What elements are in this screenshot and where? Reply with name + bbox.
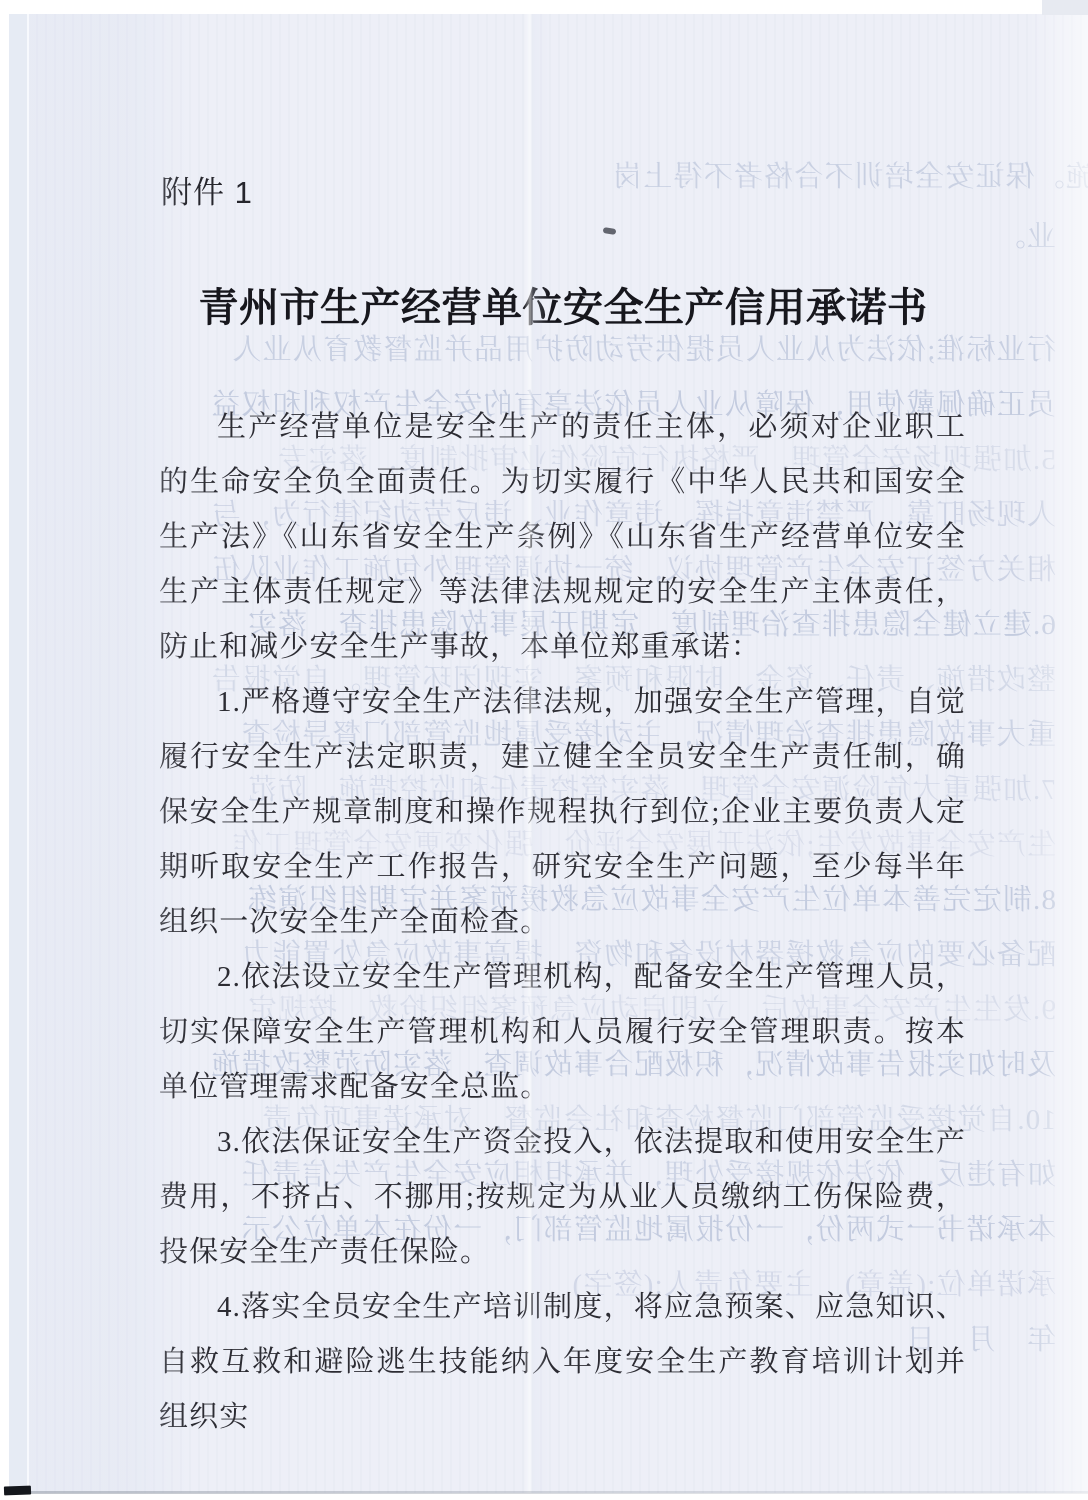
paper-sheet: 施。保证安全培训不合格者不得上岗 业。 行业标准;依法为从业人员提供劳动防护用品… xyxy=(9,14,1088,1493)
scanner-edge-strip xyxy=(9,14,29,1493)
document-title: 青州市生产经营单位安全生产信用承诺书 xyxy=(139,276,987,333)
scanned-page: 施。保证安全培训不合格者不得上岗 业。 行业标准;依法为从业人员提供劳动防护用品… xyxy=(0,0,1088,1500)
scanner-corner-shade xyxy=(1042,0,1088,15)
document-content: 附件 1 青州市生产经营单位安全生产信用承诺书 生产经营单位是安全生产的责任主体… xyxy=(9,14,1088,1493)
scanner-corner-mark xyxy=(4,1486,31,1496)
attachment-label: 附件 1 xyxy=(161,167,253,212)
scanner-bottom-line xyxy=(30,1491,1088,1494)
body-paragraph-item-1: 1.严格遵守安全生产法律法规，加强安全生产管理，自觉履行安全生产法定职责，建立健… xyxy=(159,675,966,950)
body-paragraph-item-3: 3.依法保证安全生产资金投入，依法提取和使用安全生产费用，不挤占、不挪用;按规定… xyxy=(159,1115,966,1280)
body-paragraph-item-2: 2.依法设立安全生产管理机构，配备安全生产管理人员，切实保障安全生产管理机构和人… xyxy=(159,950,966,1115)
document-body: 生产经营单位是安全生产的责任主体，必须对企业职工的生命安全负全面责任。为切实履行… xyxy=(159,400,966,1445)
body-paragraph-intro: 生产经营单位是安全生产的责任主体，必须对企业职工的生命安全负全面责任。为切实履行… xyxy=(159,400,966,675)
body-paragraph-item-4: 4.落实全员安全生产培训制度，将应急预案、应急知识、自救互救和避险逃生技能纳入年… xyxy=(159,1280,966,1445)
